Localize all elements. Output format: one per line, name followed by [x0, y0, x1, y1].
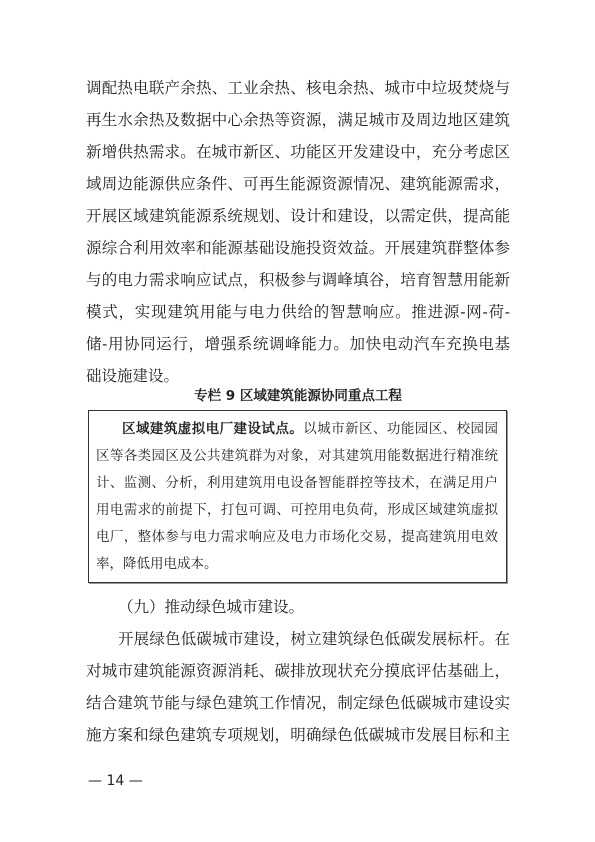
body-line: 结合建筑节能与绿色建筑工作情况，制定绿色低碳城市建设实	[86, 693, 510, 713]
body-line: 储-用协同运行，增强系统调峰能力。加快电动汽车充换电基	[86, 334, 510, 354]
box-lead-bold: 区域建筑虚拟电厂建设试点。	[122, 421, 303, 437]
body-line: 施方案和绿色建筑专项规划，明确绿色低碳城市发展目标和主	[86, 725, 510, 745]
body-line: 与的电力需求响应试点，积极参与调峰填谷，培育智慧用能新	[86, 270, 510, 290]
box-lead-text: 以城市新区、功能园区、校园园	[303, 421, 498, 437]
box-line: 电厂，整体参与电力需求响应及电力市场化交易，提高建筑用电效	[96, 528, 498, 546]
box-line: 率，降低用电成本。	[96, 555, 498, 573]
body-line: 域周边能源供应条件、可再生能源资源情况、建筑能源需求，	[86, 174, 510, 194]
body-line: 新增供热需求。在城市新区、功能区开发建设中，充分考虑区	[86, 142, 510, 162]
body-line: 对城市建筑能源资源消耗、碳排放现状充分摸底评估基础上，	[86, 661, 510, 681]
body-line: 模式，实现建筑用能与电力供给的智慧响应。推进源-网-荷-	[86, 302, 510, 322]
body-line: 调配热电联产余热、工业余热、核电余热、城市中垃圾焚烧与	[86, 78, 510, 98]
section-heading: （九）推动绿色城市建设。	[118, 597, 510, 617]
box-title: 专栏 9 区域建筑能源协同重点工程	[86, 384, 510, 404]
box-line: 计、监测、分析，利用建筑用电设备智能群控等技术，在满足用户	[96, 474, 498, 492]
page-number: — 14 —	[88, 773, 143, 789]
body-line: 源综合利用效率和能源基础设施投资效益。开展建筑群整体参	[86, 238, 510, 258]
box-line: 区域建筑虚拟电厂建设试点。以城市新区、功能园区、校园园	[122, 420, 498, 438]
body-line: 开展区域建筑能源系统规划、设计和建设，以需定供，提高能	[86, 206, 510, 226]
box-line: 区等各类园区及公共建筑群为对象，对其建筑用能数据进行精准统	[96, 447, 498, 465]
box-line: 用电需求的前提下，打包可调、可控用电负荷，形成区域建筑虚拟	[96, 501, 498, 519]
body-line: 再生水余热及数据中心余热等资源，满足城市及周边地区建筑	[86, 110, 510, 130]
body-line: 础设施建设。	[86, 366, 510, 386]
body-line: 开展绿色低碳城市建设，树立建筑绿色低碳发展标杆。在	[118, 629, 510, 649]
